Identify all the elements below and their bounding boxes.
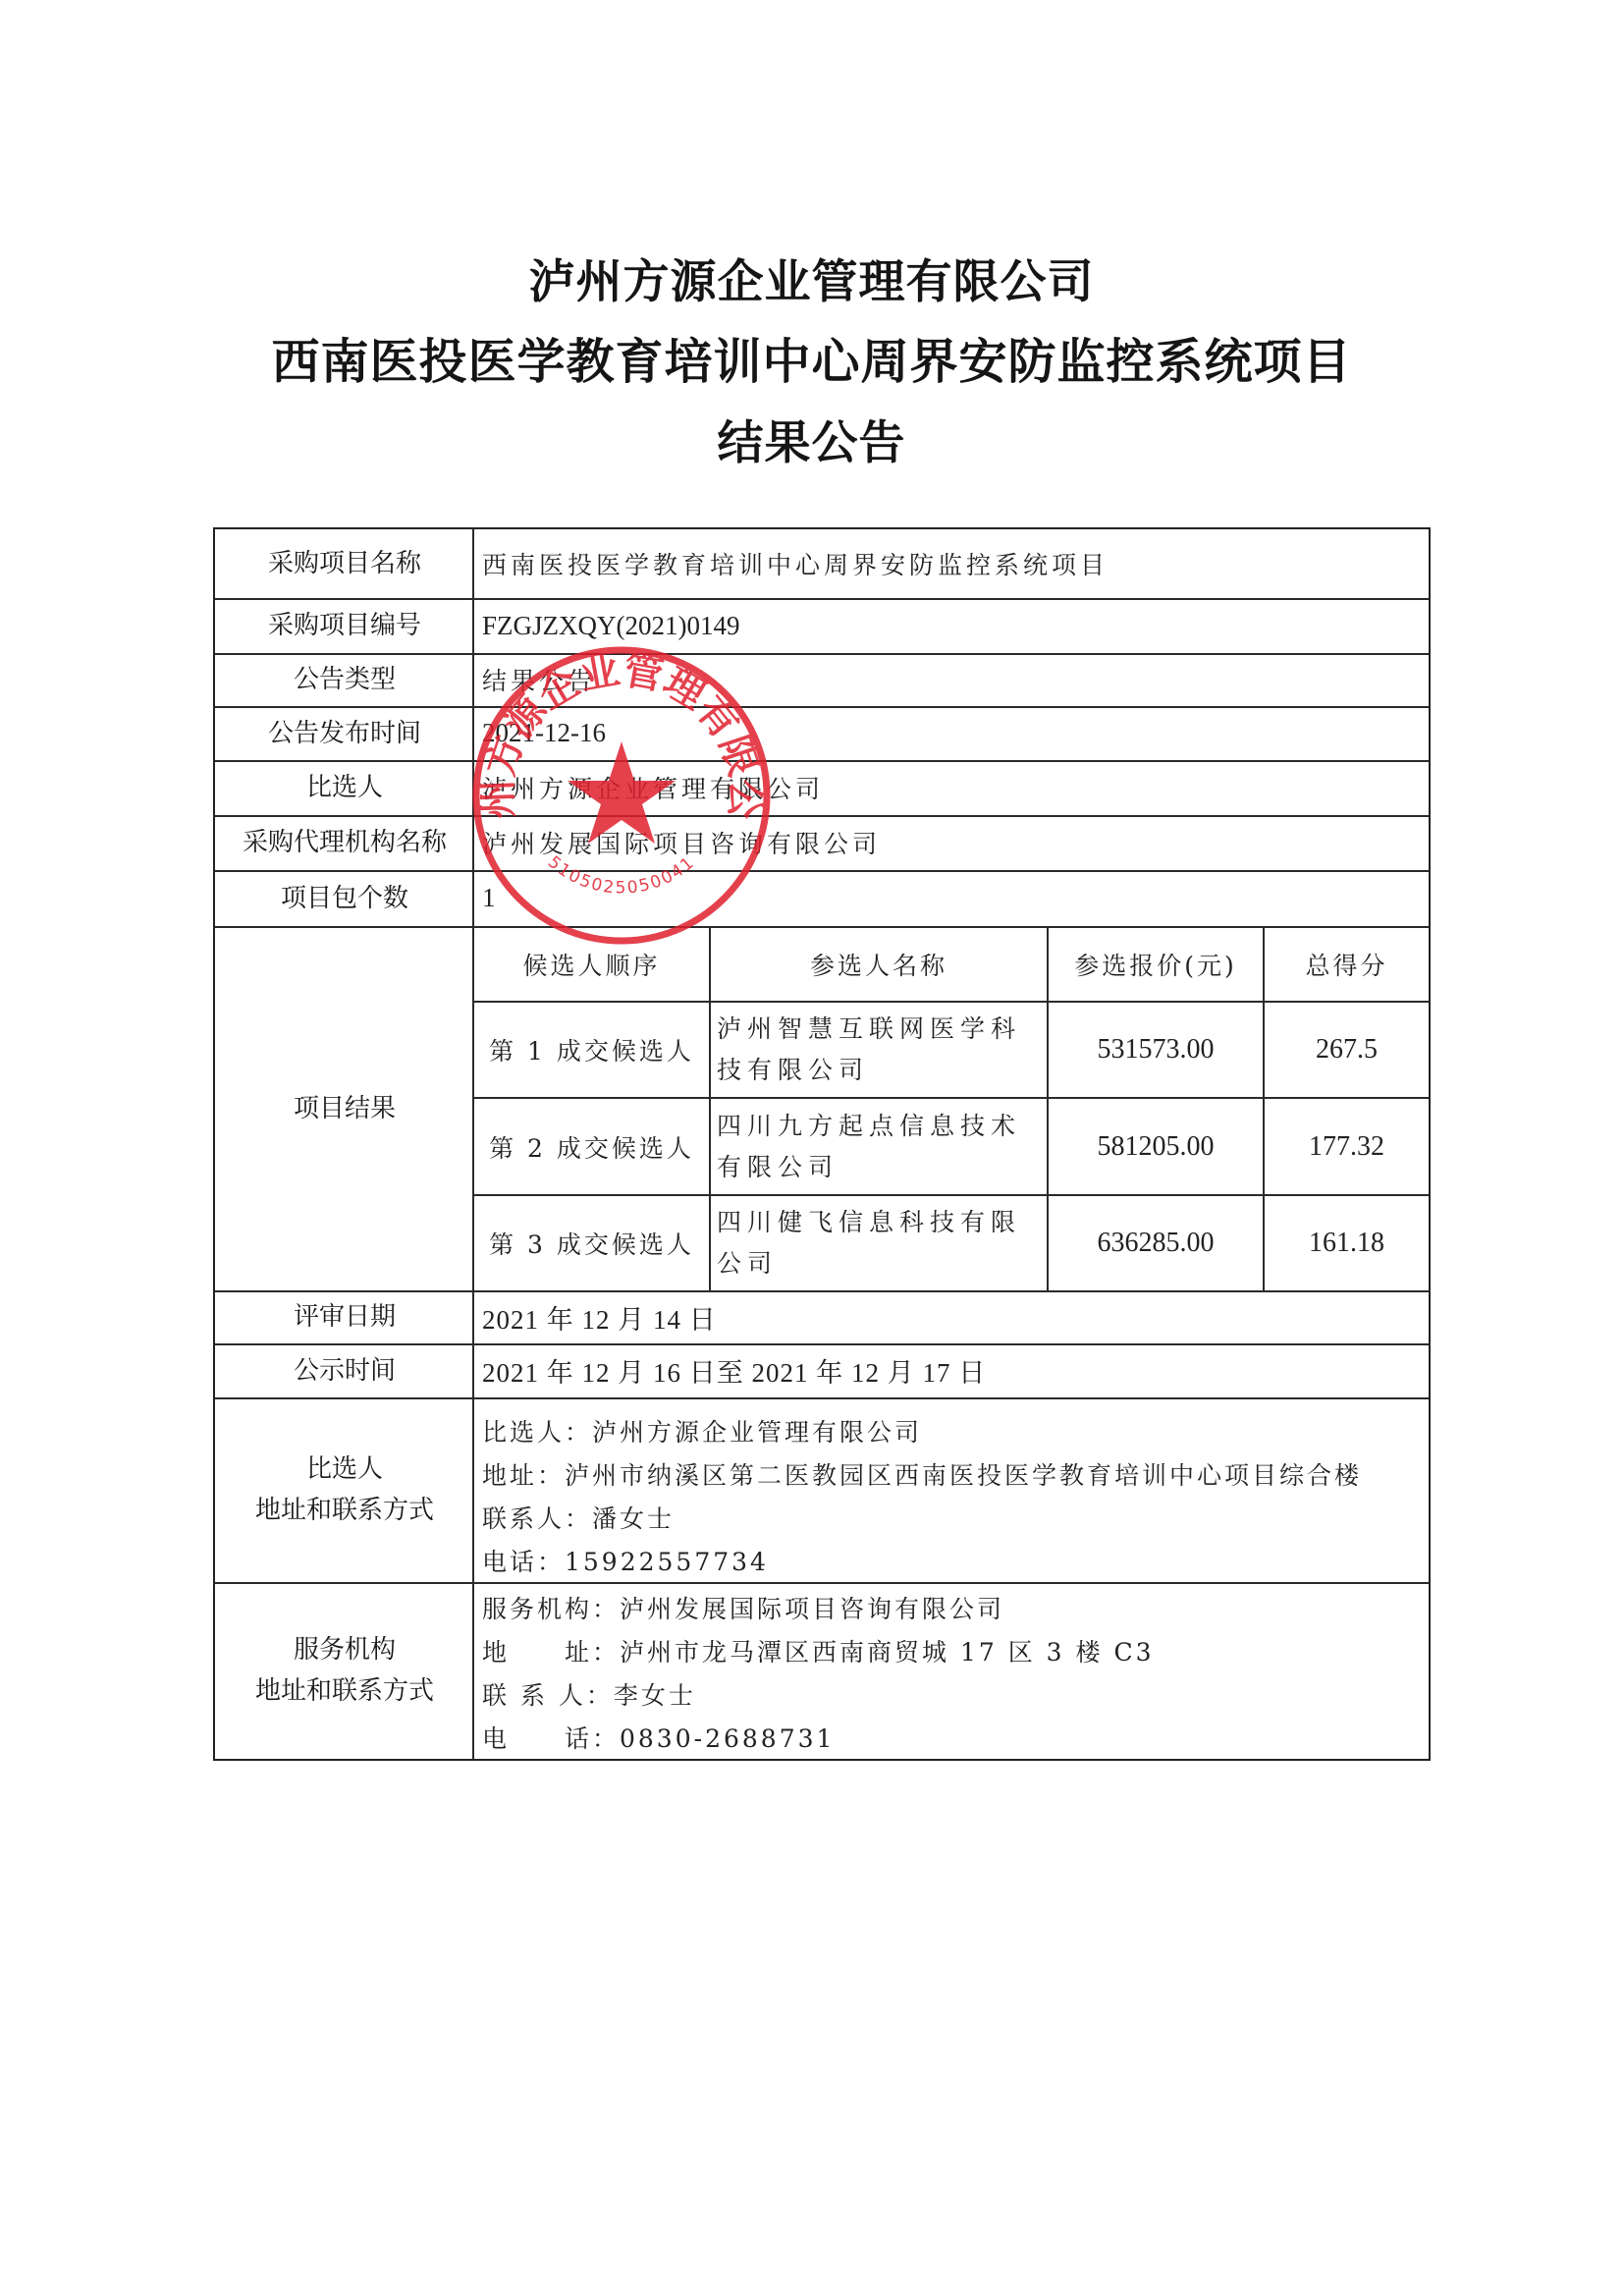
- results-subtable: 候选人顺序 参选人名称 参选报价(元) 总得分 第 1 成交候选人 泸州智慧互联…: [474, 928, 1429, 1290]
- agency-contact-person-line: 联 系 人：李女士: [482, 1674, 1155, 1718]
- label-announcement-type: 公告类型: [215, 653, 474, 706]
- label-line: 比选人: [306, 1449, 383, 1490]
- col-header-name: 参选人名称: [711, 928, 1047, 1001]
- label-publicity-time: 公示时间: [215, 1343, 474, 1397]
- value-publish-date: 2021-12-16: [482, 706, 606, 760]
- label-agency-contact: 服务机构 地址和联系方式: [215, 1582, 474, 1759]
- col-header-score: 总得分: [1265, 928, 1429, 1001]
- value-project-name: 西南医投医学教育培训中心周界安防监控系统项目: [482, 529, 1109, 598]
- result-score: 267.5: [1265, 1003, 1429, 1097]
- purchaser-name-line: 比选人：泸州方源企业管理有限公司: [482, 1411, 1362, 1454]
- title-announcement: 结果公告: [0, 407, 1623, 472]
- col-header-rank: 候选人顺序: [474, 928, 709, 1001]
- title-project: 西南医投医学教育培训中心周界安防监控系统项目: [0, 324, 1623, 393]
- result-score: 177.32: [1265, 1099, 1429, 1194]
- agency-address-line: 地 址：泸州市龙马潭区西南商贸城 17 区 3 楼 C3: [482, 1631, 1155, 1674]
- result-rank: 第 2 成交候选人: [474, 1099, 709, 1194]
- agency-phone-line: 电 话：0830-2688731: [482, 1718, 1155, 1761]
- value-announcement-type: 结果公告: [482, 653, 596, 706]
- label-line: 地址和联系方式: [255, 1490, 434, 1531]
- announcement-table: 采购项目名称 西南医投医学教育培训中心周界安防监控系统项目 采购项目编号 FZG…: [213, 527, 1431, 1761]
- label-purchaser: 比选人: [215, 760, 474, 815]
- purchaser-contact-person-line: 联系人：潘女士: [482, 1498, 1362, 1541]
- agency-name-line: 服务机构：泸州发展国际项目咨询有限公司: [482, 1588, 1155, 1631]
- label-line: 地址和联系方式: [255, 1670, 434, 1712]
- result-name: 泸州智慧互联网医学科技有限公司: [711, 1003, 1047, 1097]
- col-header-price: 参选报价(元): [1049, 928, 1263, 1001]
- value-project-code: FZGJZXQY(2021)0149: [482, 598, 740, 653]
- agency-contact-details: 服务机构：泸州发展国际项目咨询有限公司 地 址：泸州市龙马潭区西南商贸城 17 …: [482, 1588, 1155, 1761]
- result-rank: 第 3 成交候选人: [474, 1196, 709, 1290]
- result-price: 636285.00: [1049, 1196, 1263, 1290]
- value-package-count: 1: [482, 870, 496, 926]
- result-score: 161.18: [1265, 1196, 1429, 1290]
- label-line: 服务机构: [294, 1629, 396, 1670]
- result-name: 四川九方起点信息技术有限公司: [711, 1099, 1047, 1194]
- result-price: 581205.00: [1049, 1099, 1263, 1194]
- purchaser-address-line: 地址：泸州市纳溪区第二医教园区西南医投医学教育培训中心项目综合楼: [482, 1454, 1362, 1498]
- title-company: 泸州方源企业管理有限公司: [0, 246, 1623, 311]
- label-results: 项目结果: [215, 926, 474, 1290]
- label-publish-date: 公告发布时间: [215, 706, 474, 760]
- value-purchaser: 泸州方源企业管理有限公司: [482, 760, 824, 815]
- result-name: 四川健飞信息科技有限公司: [711, 1196, 1047, 1290]
- purchaser-contact-details: 比选人：泸州方源企业管理有限公司 地址：泸州市纳溪区第二医教园区西南医投医学教育…: [482, 1411, 1362, 1584]
- label-purchaser-contact: 比选人 地址和联系方式: [215, 1397, 474, 1582]
- label-project-name: 采购项目名称: [215, 529, 474, 598]
- label-project-code: 采购项目编号: [215, 598, 474, 653]
- result-rank: 第 1 成交候选人: [474, 1003, 709, 1097]
- value-review-date: 2021 年 12 月 14 日: [482, 1290, 717, 1343]
- purchaser-phone-line: 电话：15922557734: [482, 1541, 1362, 1584]
- value-publicity-time: 2021 年 12 月 16 日至 2021 年 12 月 17 日: [482, 1343, 986, 1397]
- value-agency: 泸州发展国际项目咨询有限公司: [482, 815, 881, 870]
- label-package-count: 项目包个数: [215, 870, 474, 926]
- result-price: 531573.00: [1049, 1003, 1263, 1097]
- label-review-date: 评审日期: [215, 1290, 474, 1343]
- label-agency: 采购代理机构名称: [215, 815, 474, 870]
